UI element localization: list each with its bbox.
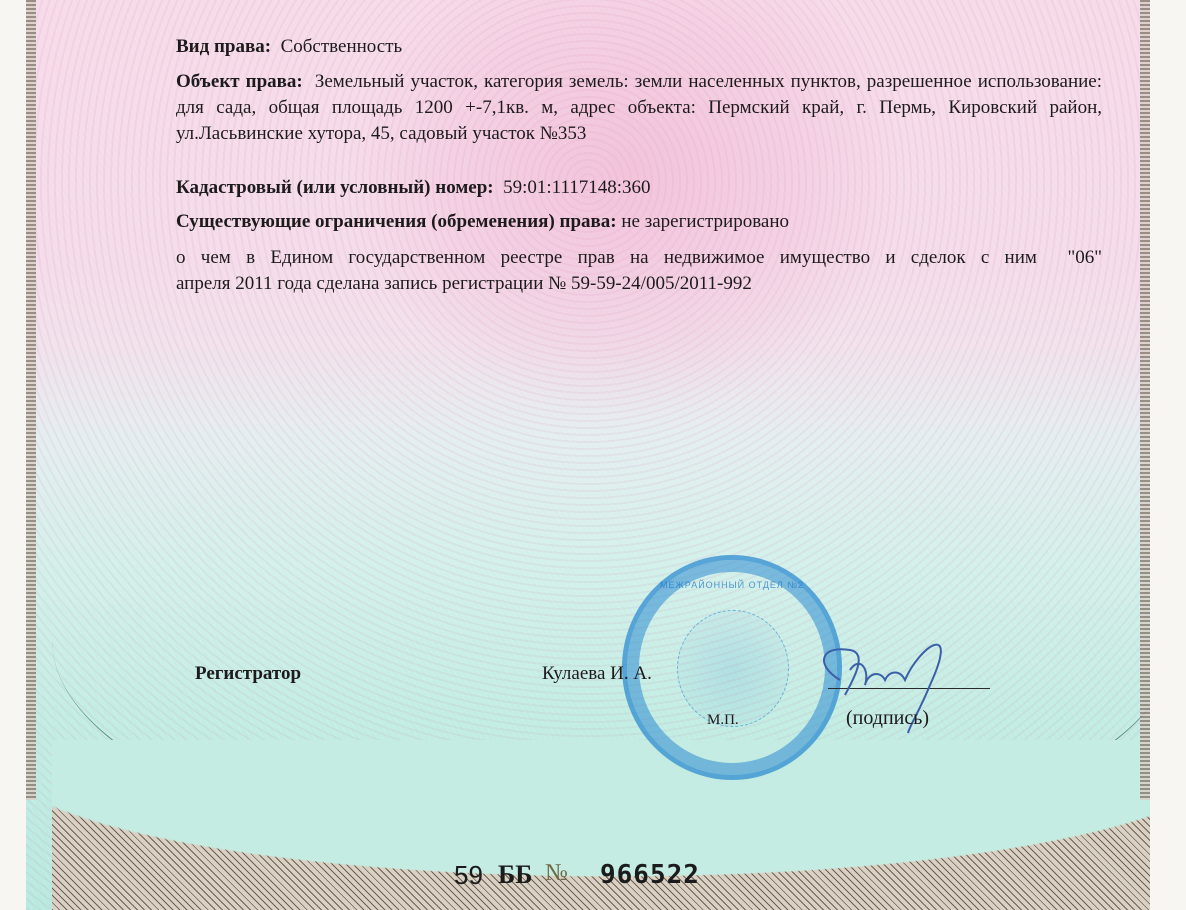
serial-number-sign: № <box>545 860 568 887</box>
official-seal: МЕЖРАЙОННЫЙ ОТДЕЛ №2 <box>622 555 842 780</box>
guilloche-border-right <box>1140 0 1150 800</box>
registry-record-line-1: о чем в Едином государственном реестре п… <box>176 246 1102 270</box>
registrar-name: Кулаева И. А. <box>542 662 652 686</box>
serial-series: ББ <box>498 860 532 890</box>
registry-record-line-2: апреля 2011 года сделана запись регистра… <box>176 272 752 296</box>
object-of-right-label: Объект права: <box>176 71 303 92</box>
cadastral-number-value: 59:01:1117148:360 <box>503 177 650 198</box>
type-of-right: Вид права: Собственность <box>176 35 402 59</box>
cadastral-number-label: Кадастровый (или условный) номер: <box>176 177 494 198</box>
object-of-right: Объект права: Земельный участок, категор… <box>176 69 1102 147</box>
object-of-right-value: Земельный участок, категория земель: зем… <box>176 71 1102 144</box>
type-of-right-label: Вид права: <box>176 36 271 57</box>
seal-text: МЕЖРАЙОННЫЙ ОТДЕЛ №2 <box>627 580 837 590</box>
serial-number: 966522 <box>600 860 700 890</box>
guilloche-border-left <box>26 0 36 800</box>
type-of-right-value: Собственность <box>281 36 403 57</box>
registrar-label: Регистратор <box>195 662 301 686</box>
encumbrances-label: Существующие ограничения (обременения) п… <box>176 211 617 232</box>
signature-caption: (подпись) <box>846 706 929 730</box>
serial-region: 59 <box>454 860 483 891</box>
seal-placement-label: М.П. <box>707 708 739 732</box>
cadastral-number: Кадастровый (или условный) номер: 59:01:… <box>176 176 651 200</box>
encumbrances-value: не зарегистрировано <box>621 211 789 232</box>
encumbrances: Существующие ограничения (обременения) п… <box>176 210 789 234</box>
